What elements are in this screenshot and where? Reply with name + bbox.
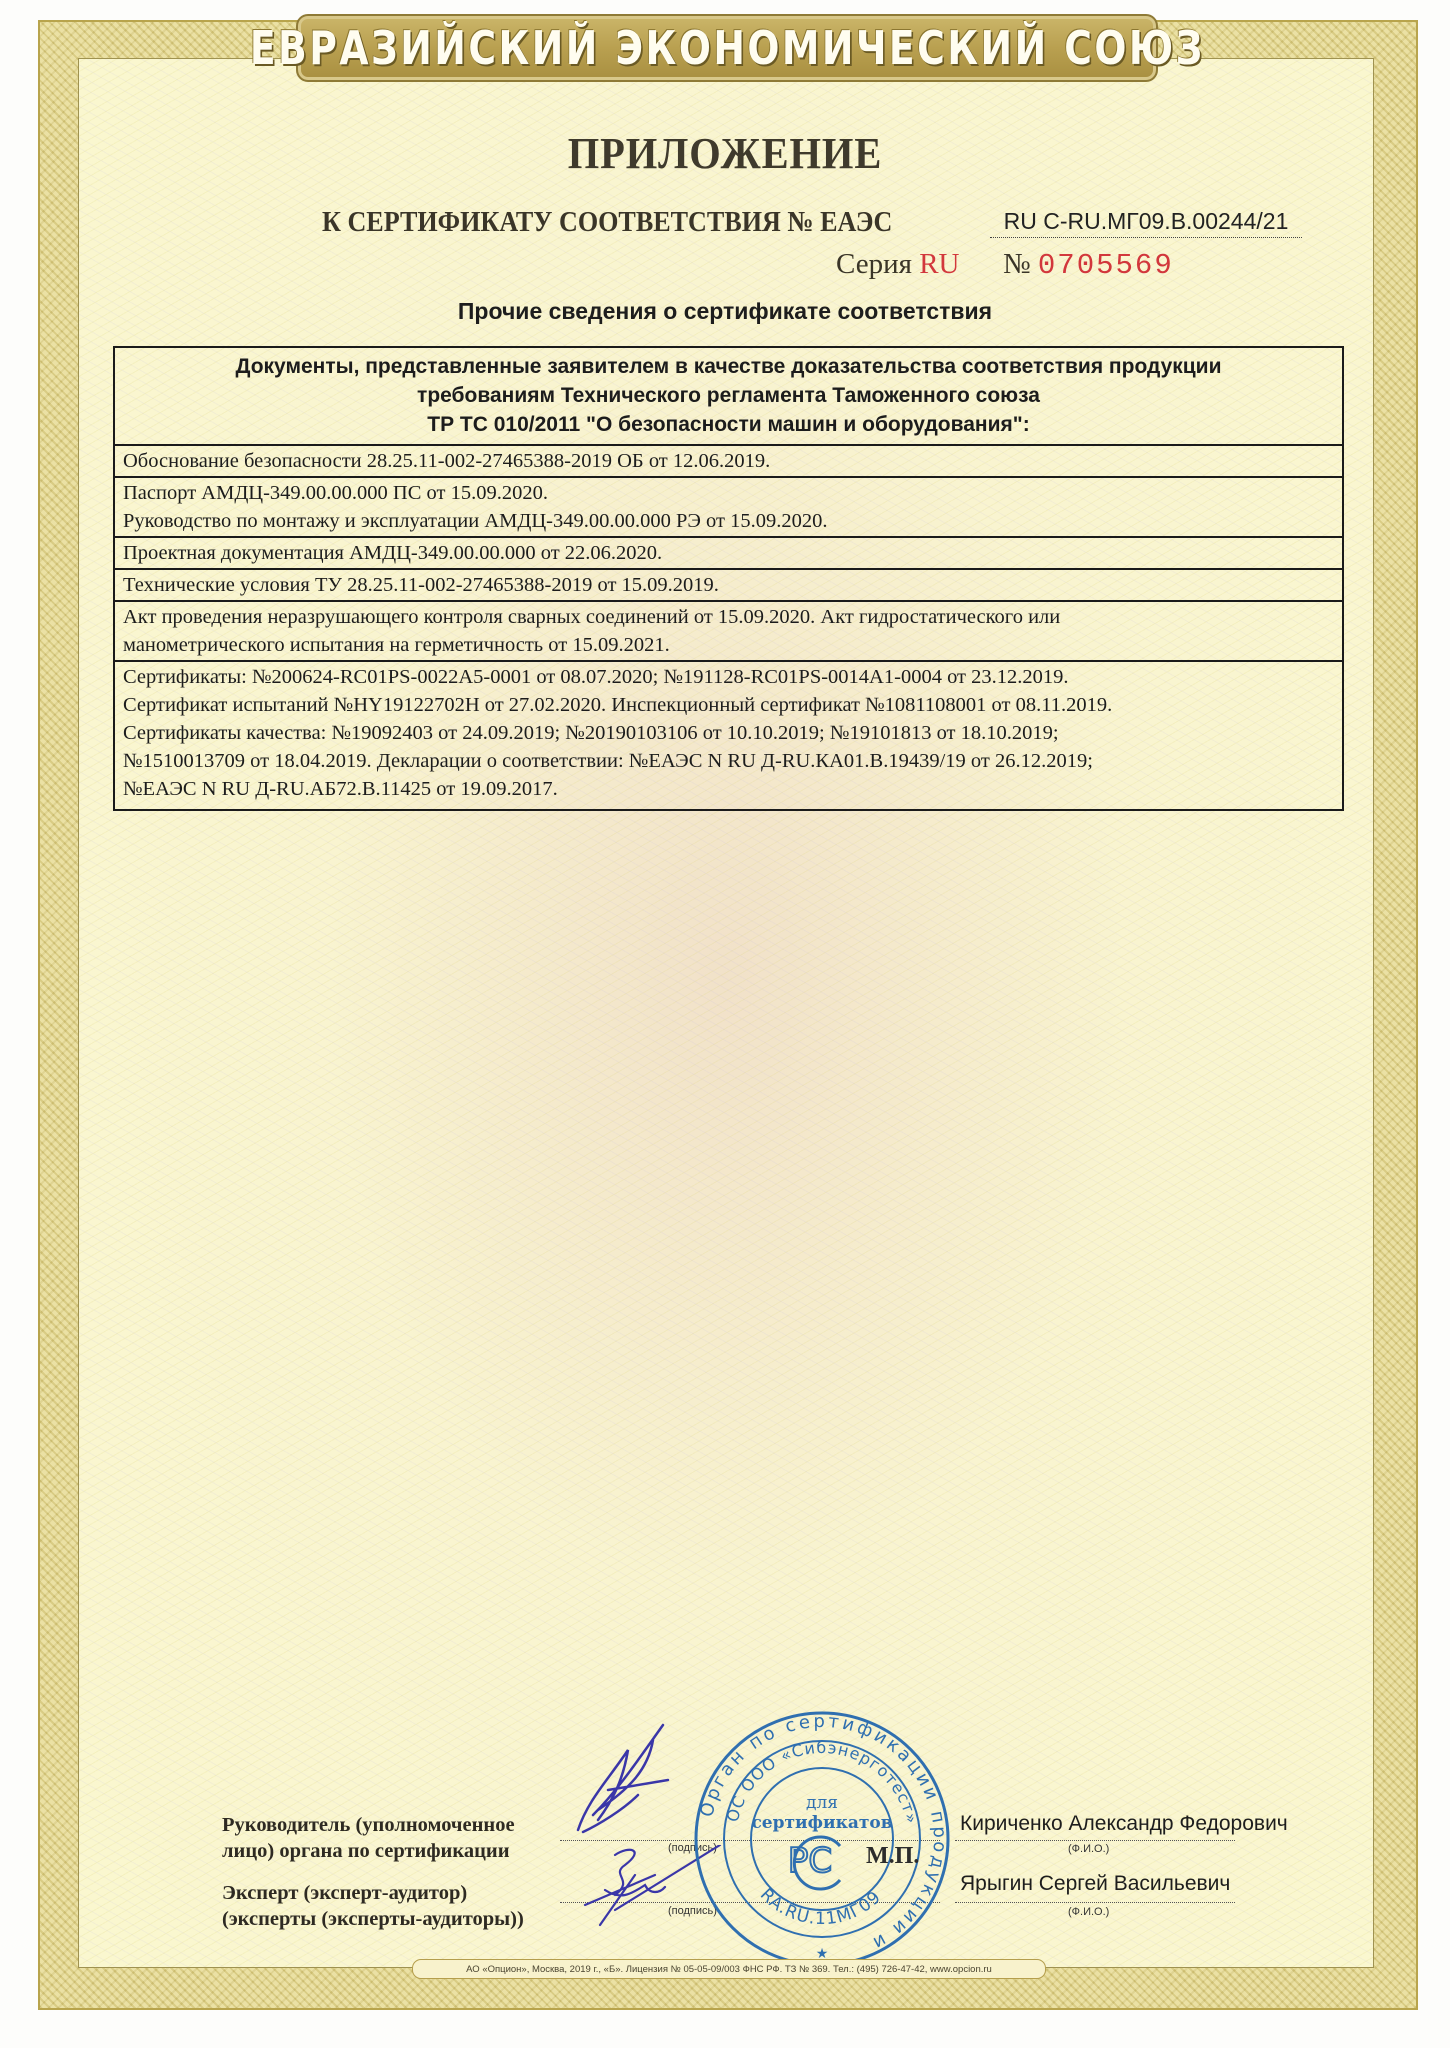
table-row: Технические условия ТУ 28.25.11-002-2746… [115, 570, 1342, 602]
head-label: Руководитель (уполномоченное лицо) орган… [222, 1812, 515, 1864]
head-name: Кириченко Александр Федорович [960, 1812, 1288, 1836]
number-label: № [1003, 248, 1031, 280]
expert-name-line [955, 1902, 1235, 1903]
table-heading-line: ТР ТС 010/2011 "О безопасности машин и о… [121, 410, 1336, 439]
seal-place-label: М.П. [866, 1843, 919, 1870]
table-row: Проектная документация АМДЦ-349.00.00.00… [115, 538, 1342, 570]
head-signature-icon [568, 1720, 688, 1840]
certification-seal-icon: Орган по сертификации продукции и ОС ООО… [692, 1710, 952, 1968]
table-row: Паспорт АМДЦ-349.00.00.000 ПС от 15.09.2… [115, 478, 1342, 538]
series-line: Серия RU № 0705569 [836, 248, 1174, 282]
table-heading-line: Документы, представленные заявителем в к… [121, 352, 1336, 381]
series-label: Серия [836, 248, 912, 280]
series-value: RU [919, 248, 959, 280]
union-banner: ЕВРАЗИЙСКИЙ ЭКОНОМИЧЕСКИЙ СОЮЗ [296, 14, 1158, 82]
document-body [78, 58, 1374, 1968]
table-heading-line: требованиям Технического регламента Тамо… [121, 381, 1336, 410]
expert-fio-caption: (Ф.И.О.) [1068, 1906, 1109, 1918]
form-number: 0705569 [1038, 249, 1174, 282]
section-title: Прочие сведения о сертификате соответств… [0, 298, 1450, 325]
svg-text:сертификатов: сертификатов [751, 1813, 892, 1833]
expert-label: Эксперт (эксперт-аудитор) (эксперты (экс… [222, 1880, 524, 1932]
table-row: Сертификаты: №200624-RC01PS-0022A5-0001 … [115, 662, 1342, 809]
document-title: ПРИЛОЖЕНИЕ [58, 128, 1392, 179]
union-name: ЕВРАЗИЙСКИЙ ЭКОНОМИЧЕСКИЙ СОЮЗ [249, 21, 1204, 75]
expert-name: Ярыгин Сергей Васильевич [960, 1872, 1230, 1896]
certificate-number: RU C-RU.МГ09.В.00244/21 [990, 208, 1302, 238]
certificate-prefix: К СЕРТИФИКАТУ СООТВЕТСТВИЯ № ЕАЭС [322, 206, 892, 239]
table-row: Акт проведения неразрушающего контроля с… [115, 602, 1342, 662]
svg-text:для: для [806, 1793, 838, 1813]
printer-info: АО «Опцион», Москва, 2019 г., «Б». Лицен… [412, 1959, 1046, 1979]
svg-text:RA.RU.11МГ09: RA.RU.11МГ09 [756, 1885, 886, 1929]
head-name-line [955, 1840, 1235, 1841]
table-heading: Документы, представленные заявителем в к… [115, 348, 1342, 446]
documents-table: Документы, представленные заявителем в к… [113, 346, 1344, 811]
head-fio-caption: (Ф.И.О.) [1068, 1843, 1109, 1855]
table-row: Обоснование безопасности 28.25.11-002-27… [115, 446, 1342, 478]
